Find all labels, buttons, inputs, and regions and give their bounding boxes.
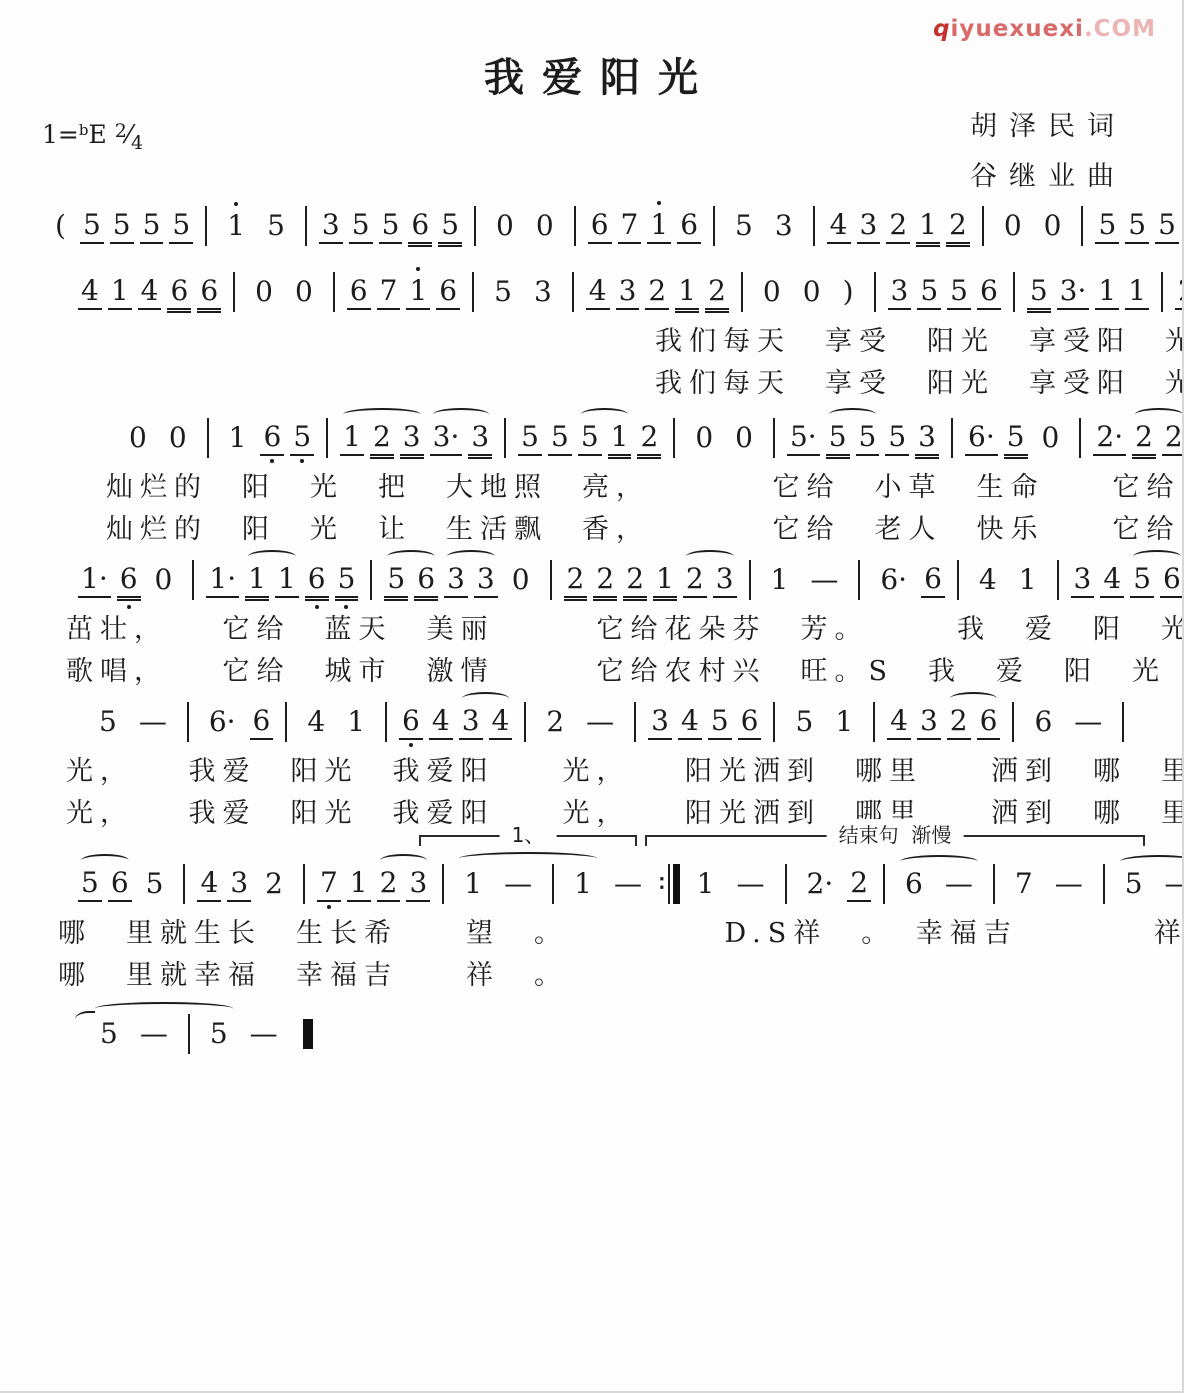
barline [333, 272, 335, 312]
slur-group: 55 [823, 420, 883, 456]
watermark-tld: .COM [1084, 16, 1156, 42]
barline [982, 206, 984, 246]
slur-group: 56 [381, 562, 441, 598]
note: 5 [290, 420, 314, 456]
meter-numerator: 2 [115, 120, 127, 142]
note: 1 [675, 274, 699, 310]
note: 1 [694, 867, 718, 901]
note: 4 [678, 704, 702, 740]
note: 1 [653, 562, 677, 598]
note: 6· [206, 705, 239, 739]
duration-dash: — [247, 1017, 281, 1051]
note: 3· [430, 420, 463, 456]
note: 5 [1130, 562, 1154, 598]
note: 3 [227, 866, 251, 902]
slur-group: 56 [1127, 562, 1184, 598]
note: 5 [335, 562, 359, 598]
lyrics-line: 我们每天 享受 阳光 享受阳 光， [655, 363, 1182, 405]
note: 3 [444, 562, 468, 598]
note: 3 [616, 274, 640, 310]
note: 0 [533, 209, 557, 243]
barline [183, 864, 185, 904]
note: 0 [166, 421, 190, 455]
note: 1 [344, 705, 368, 739]
note: 6 [1160, 562, 1184, 598]
time-signature: 2⁄4 [115, 120, 143, 149]
note: 3 [531, 275, 555, 309]
lyrics-line: 灿烂的 阳 光 让 生活飘 香， 它给 老人 快乐 它给 孩子 [106, 509, 1182, 551]
note: 6 [677, 208, 701, 244]
barline [305, 206, 307, 246]
note: 2 [623, 562, 647, 598]
volta-bracket: 1、 [419, 835, 637, 848]
note: 5 [856, 420, 880, 456]
note: 3 [857, 208, 881, 244]
watermark-name: iyuexuexi [951, 16, 1084, 42]
note: 1 [347, 866, 371, 902]
octave-dot-high [416, 267, 420, 271]
barline [785, 864, 787, 904]
barline [1103, 864, 1105, 904]
barline [773, 418, 775, 458]
meter-denominator: 4 [131, 132, 143, 154]
slur-group: 22 [1129, 420, 1184, 456]
note: 2 [1162, 420, 1184, 456]
ending-bracket: 结束句 渐慢 [645, 835, 1145, 848]
note: 0 [692, 421, 716, 455]
note: 3 [459, 704, 483, 740]
slur-group: 34 [456, 704, 516, 740]
note: 6 [108, 866, 132, 902]
barline [187, 702, 189, 742]
composer-credit: 谷继业曲 [970, 152, 1126, 202]
note: 4 [586, 274, 610, 310]
note: 0 [1039, 421, 1063, 455]
slur-group: 26 [944, 704, 1004, 740]
note: 7 [618, 208, 642, 244]
barline [572, 272, 574, 312]
page-title: 我爱阳光 [0, 46, 1182, 103]
octave-dot-low [300, 459, 304, 463]
barline [858, 560, 860, 600]
duration-dash: — [137, 1017, 171, 1051]
note: 5 [578, 420, 602, 456]
note: 6 [197, 274, 221, 310]
note: 7 [317, 866, 341, 902]
barline [1013, 272, 1015, 312]
note: 6 [921, 562, 945, 598]
notation-line-2: 41466006716534321200)355653·1121165 [75, 263, 1182, 321]
note: 5 [78, 866, 102, 902]
score: (55551535565006716534321200555515 414660… [0, 197, 1182, 1063]
note: 5 [264, 209, 288, 243]
note: 0 [493, 209, 517, 243]
barline [957, 560, 959, 600]
note: 5 [1125, 208, 1149, 244]
note: 0 [732, 421, 756, 455]
barline [552, 864, 554, 904]
slur-group: 11 [242, 562, 302, 598]
note: 5 [349, 208, 373, 244]
note: 2 [543, 705, 567, 739]
slur-group: 5— [1114, 867, 1184, 901]
note: 6 [436, 274, 460, 310]
slur-group: 5—5 [89, 1014, 239, 1054]
note: 6 [347, 274, 371, 310]
slur-group: 23 [680, 562, 740, 598]
barline [1161, 272, 1163, 312]
note: 2· [1093, 420, 1126, 456]
barline [873, 702, 875, 742]
lyrics-line: 歌唱， 它给 城市 激情 它给农村兴 旺。S 我 爱 阳 光 我爱 阳 [66, 651, 1182, 693]
note: 5 [491, 275, 515, 309]
barline [385, 702, 387, 742]
barline [874, 272, 876, 312]
slur-group: 51 [575, 420, 635, 456]
barline [1081, 206, 1083, 246]
note: 1 [1016, 563, 1040, 597]
notation-line-7: 5—5— [75, 1005, 1182, 1063]
note: 0 [292, 275, 316, 309]
note: 6 [414, 562, 438, 598]
barline [813, 206, 815, 246]
barline [883, 864, 885, 904]
note: 1 [1125, 274, 1149, 310]
note: 4 [1100, 562, 1124, 598]
note: 4 [197, 866, 221, 902]
note: 6 [738, 704, 762, 740]
note: 6 [408, 208, 432, 244]
slur-group: 33 [441, 562, 501, 598]
slur-group: 56 [75, 866, 135, 902]
note: 5 [1004, 420, 1028, 456]
note: 2 [1132, 420, 1156, 456]
note: 5 [169, 208, 193, 244]
octave-dot-low [315, 605, 319, 609]
note: 5 [379, 208, 403, 244]
octave-dot-low [327, 905, 331, 909]
barline [205, 206, 207, 246]
note: 3 [468, 420, 492, 456]
duration-dash: — [1052, 867, 1086, 901]
note: 2 [564, 562, 588, 598]
note: 5 [548, 420, 572, 456]
slur-group: 6— [894, 867, 984, 901]
notation-line-1: (55551535565006716534321200555515 [44, 197, 1182, 255]
note: 5 [826, 420, 850, 456]
note: 3 [319, 208, 343, 244]
note: 2 [593, 562, 617, 598]
note: 1 [1095, 274, 1119, 310]
barline [188, 1014, 190, 1054]
note: 5 [143, 867, 167, 901]
note: 6 [250, 704, 274, 740]
note: 6 [588, 208, 612, 244]
slur-group: 123 [337, 420, 426, 456]
note: 4 [887, 704, 911, 740]
note: 4 [489, 704, 513, 740]
barline [574, 206, 576, 246]
note: 0 [1041, 209, 1065, 243]
note: 2 [370, 420, 394, 456]
note: 2 [705, 274, 729, 310]
note: 2 [946, 208, 970, 244]
credits: 胡泽民词 谷继业曲 [970, 102, 1126, 202]
barline [442, 864, 444, 904]
note: 2 [683, 562, 707, 598]
note: 5 [1122, 867, 1146, 901]
barline [1057, 560, 1059, 600]
barline [741, 272, 743, 312]
note: 5· [787, 420, 820, 456]
note: 1 [608, 420, 632, 456]
note: 1 [275, 562, 299, 598]
note: 6 [117, 562, 141, 598]
lyrics-line: 茁壮， 它给 蓝天 美丽 它给花朵芬 芳。 我 爱 阳 光 我爱 阳 [66, 609, 1182, 651]
notation-line-3: 001651233·355512005·55536·502·2233 [118, 409, 1182, 467]
barline [472, 272, 474, 312]
note: 7 [1012, 867, 1036, 901]
watermark: qiyuexuexi.COM [933, 16, 1156, 42]
sheet-music-page: { "watermark": { "mark": "q", "name": "i… [0, 0, 1184, 1393]
barline [326, 418, 328, 458]
note: 1 [108, 274, 132, 310]
note: 5 [518, 420, 542, 456]
barline [993, 864, 995, 904]
barline [233, 272, 235, 312]
note: 5 [1095, 208, 1119, 244]
note: 5 [917, 274, 941, 310]
note: 5 [96, 705, 120, 739]
note: 2 [886, 208, 910, 244]
note: 6 [977, 704, 1001, 740]
note: 1 [647, 208, 671, 244]
note: 3 [888, 274, 912, 310]
volta-label: 1、 [500, 819, 557, 848]
note: 5 [438, 208, 462, 244]
note: ( [52, 209, 69, 243]
ending-label: 结束句 渐慢 [827, 819, 964, 848]
octave-dot-low [270, 459, 274, 463]
note: 3 [406, 866, 430, 902]
lyrics-line: 我们每天 享受 阳光 享受阳 光， [655, 321, 1182, 363]
note: 6· [965, 420, 998, 456]
octave-dot-high [234, 202, 238, 206]
note: 1 [245, 562, 269, 598]
note: 6 [167, 274, 191, 310]
note: 6 [399, 704, 423, 740]
lyricist-credit: 胡泽民词 [970, 102, 1126, 152]
barline [207, 418, 209, 458]
note: 5 [885, 420, 909, 456]
duration-dash: — [136, 705, 170, 739]
barline [1012, 702, 1014, 742]
barline [634, 702, 636, 742]
note: 1 [226, 421, 250, 455]
note: 4 [78, 274, 102, 310]
note: 1 [406, 274, 430, 310]
note: 2· [804, 867, 837, 901]
note: 5 [384, 562, 408, 598]
duration-dash: — [807, 563, 841, 597]
lyrics-line: 光， 我爱 阳光 我爱阳 光， 阳光洒到 哪里 洒到 哪 里， [66, 751, 1182, 793]
note: 5 [732, 209, 756, 243]
note: 3 [648, 704, 672, 740]
barline [285, 702, 287, 742]
note: 6 [1031, 705, 1055, 739]
note: 0 [252, 275, 276, 309]
note: 7 [377, 274, 401, 310]
note: 3· [1057, 274, 1090, 310]
octave-dot-low [409, 743, 413, 747]
barline [550, 560, 552, 600]
note: 5 [80, 208, 104, 244]
lyrics-line: 哪 里就幸福 幸福吉 祥 。 [58, 955, 1182, 997]
note: 3 [400, 420, 424, 456]
key-do: 1 [42, 120, 58, 149]
duration-dash: — [611, 867, 645, 901]
note: 1 [224, 209, 248, 243]
note: 0 [800, 275, 824, 309]
note: 5 [1027, 274, 1051, 310]
note: 2 [377, 866, 401, 902]
duration-dash: — [1162, 867, 1184, 901]
note: 1 [461, 867, 485, 901]
repeat-sign: ∶ [659, 864, 680, 904]
barline [1122, 702, 1124, 742]
barline [713, 206, 715, 246]
note: 3 [713, 562, 737, 598]
notation-line-6: 1、 结束句 渐慢 56543271231—1—∶1—2·26—7—5— [75, 855, 1182, 913]
lyrics-line: 光， 我爱 阳光 我爱阳 光， 阳光洒到 哪里 洒到 哪 里， [66, 793, 1182, 835]
notation-line-4: 1·601·1165563302221231—6·6413456 [75, 551, 1182, 609]
note: 5 [947, 274, 971, 310]
duration-dash: — [734, 867, 768, 901]
barline [773, 702, 775, 742]
octave-dot-high [657, 201, 661, 205]
note: 6 [305, 562, 329, 598]
octave-dot-low [344, 605, 348, 609]
note: 6 [902, 867, 926, 901]
notation-line-5: 5—6·64164342—34565143266— [88, 693, 1182, 751]
note: 1· [78, 562, 111, 598]
note: 1· [206, 562, 239, 598]
barline [749, 560, 751, 600]
note: 5 [140, 208, 164, 244]
note: 5 [792, 705, 816, 739]
note: 6· [877, 563, 910, 597]
barline [673, 418, 675, 458]
note: 1 [768, 563, 792, 597]
note: 1 [571, 867, 595, 901]
note: 3 [917, 704, 941, 740]
octave-dot-low [127, 605, 131, 609]
note: 2 [262, 867, 286, 901]
note: 2 [645, 274, 669, 310]
barline [370, 560, 372, 600]
note: 1 [340, 420, 364, 456]
note: 3 [1071, 562, 1095, 598]
slur-group: 23 [374, 866, 434, 902]
barline [951, 418, 953, 458]
final-barline [303, 1019, 313, 1049]
note: 6 [977, 274, 1001, 310]
note: 3 [772, 209, 796, 243]
barline [192, 560, 194, 600]
note: 5 [1155, 208, 1179, 244]
note: 4 [976, 563, 1000, 597]
note: ) [840, 275, 857, 309]
duration-dash: — [942, 867, 976, 901]
note: 5 [110, 208, 134, 244]
key-signature: 1=bE2⁄4 [42, 120, 143, 154]
note: 5 [97, 1017, 121, 1051]
note: 2 [847, 866, 871, 902]
note: 4 [827, 208, 851, 244]
slur-group: 3·3 [427, 420, 496, 456]
note: 3 [474, 562, 498, 598]
barline [474, 206, 476, 246]
note: 2 [637, 420, 661, 456]
barline [504, 418, 506, 458]
duration-dash: — [1071, 705, 1105, 739]
note: 0 [509, 563, 533, 597]
note: 2 [947, 704, 971, 740]
lyrics-line: 哪 里就生长 生长希 望 。 D.S祥 。 幸福吉 祥 。 [58, 913, 1182, 955]
slur-group: 1—1 [453, 864, 603, 904]
note: 0 [760, 275, 784, 309]
note: 1 [832, 705, 856, 739]
note: 4 [304, 705, 328, 739]
note: 4 [138, 274, 162, 310]
note: 0 [152, 563, 176, 597]
note: 6 [260, 420, 284, 456]
duration-dash: — [501, 867, 535, 901]
duration-dash: — [583, 705, 617, 739]
watermark-logo-icon: q [933, 16, 950, 42]
note: 0 [126, 421, 150, 455]
note: 5 [207, 1017, 231, 1051]
key-note: E [88, 120, 106, 149]
barline [524, 702, 526, 742]
note: 2 [1175, 274, 1184, 310]
note: 5 [708, 704, 732, 740]
lyrics-line: 灿烂的 阳 光 把 大地照 亮， 它给 小草 生命 它给 禾苗 [106, 467, 1182, 509]
note: 4 [429, 704, 453, 740]
barline [303, 864, 305, 904]
note: 1 [916, 208, 940, 244]
key-equals: = [58, 120, 79, 149]
note: 0 [1001, 209, 1025, 243]
barline [1079, 418, 1081, 458]
note: 3 [915, 420, 939, 456]
